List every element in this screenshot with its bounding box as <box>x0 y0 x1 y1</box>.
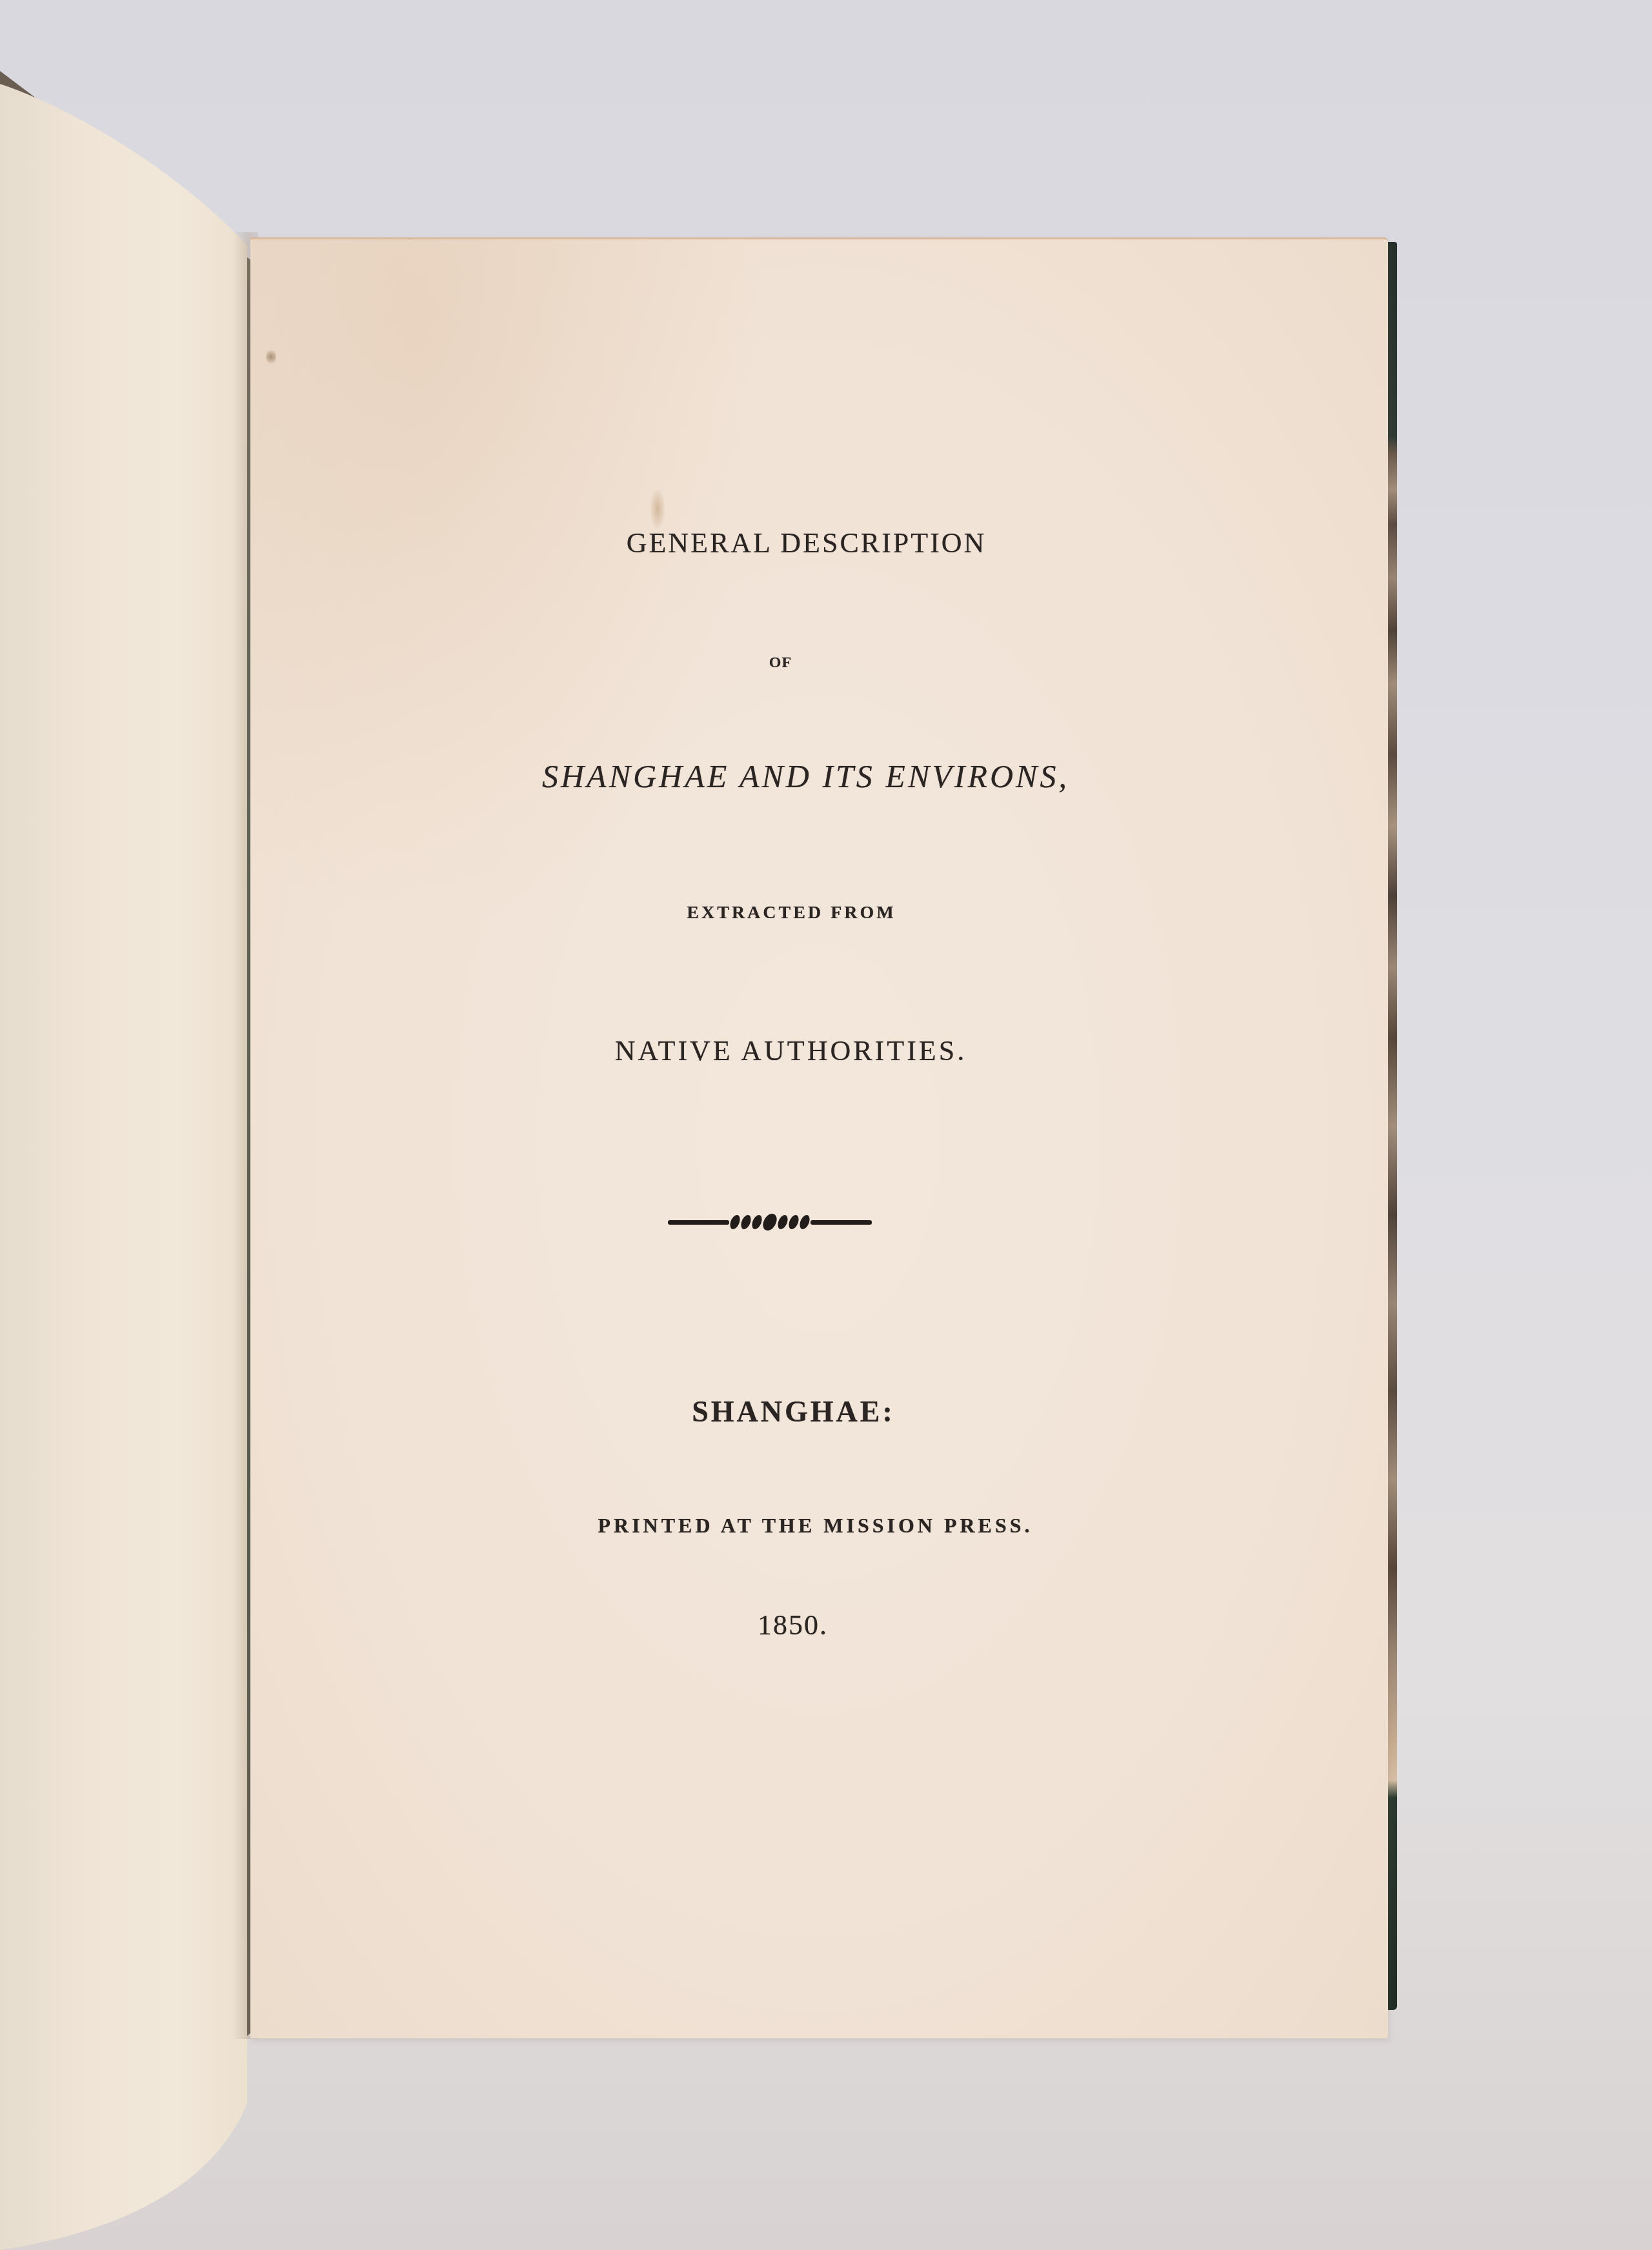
title-heading: GENERAL DESCRIPTION <box>237 527 1375 559</box>
imprint-press: PRINTED AT THE MISSION PRESS. <box>247 1514 1384 1538</box>
ornament-beads <box>730 1214 809 1230</box>
ornament-left-rule <box>668 1220 729 1225</box>
imprint-year: 1850. <box>224 1609 1362 1642</box>
ornament-bead <box>776 1215 789 1229</box>
imprint-city: SHANGHAE: <box>225 1394 1362 1429</box>
ornament-bead <box>798 1215 811 1229</box>
ornament-right-rule <box>811 1220 872 1225</box>
ornament-bead <box>761 1214 779 1230</box>
title-page: GENERAL DESCRIPTION OF SHANGHAE AND ITS … <box>250 237 1388 2038</box>
ornament-bead <box>750 1215 763 1229</box>
title-subject: SHANGHAE AND ITS ENVIRONS, <box>237 758 1375 795</box>
title-extracted-from: EXTRACTED FROM <box>223 903 1360 923</box>
ornament-rule-icon <box>638 1214 902 1230</box>
title-connector: OF <box>212 654 1349 672</box>
foxing-spot <box>266 349 276 365</box>
left-blank-page <box>0 84 247 2250</box>
title-authorities: NATIVE AUTHORITIES. <box>222 1034 1360 1067</box>
paper-stain <box>650 490 665 528</box>
ornament-bead <box>740 1215 752 1229</box>
ornament-bead <box>787 1215 800 1229</box>
ornament-bead <box>729 1215 741 1229</box>
